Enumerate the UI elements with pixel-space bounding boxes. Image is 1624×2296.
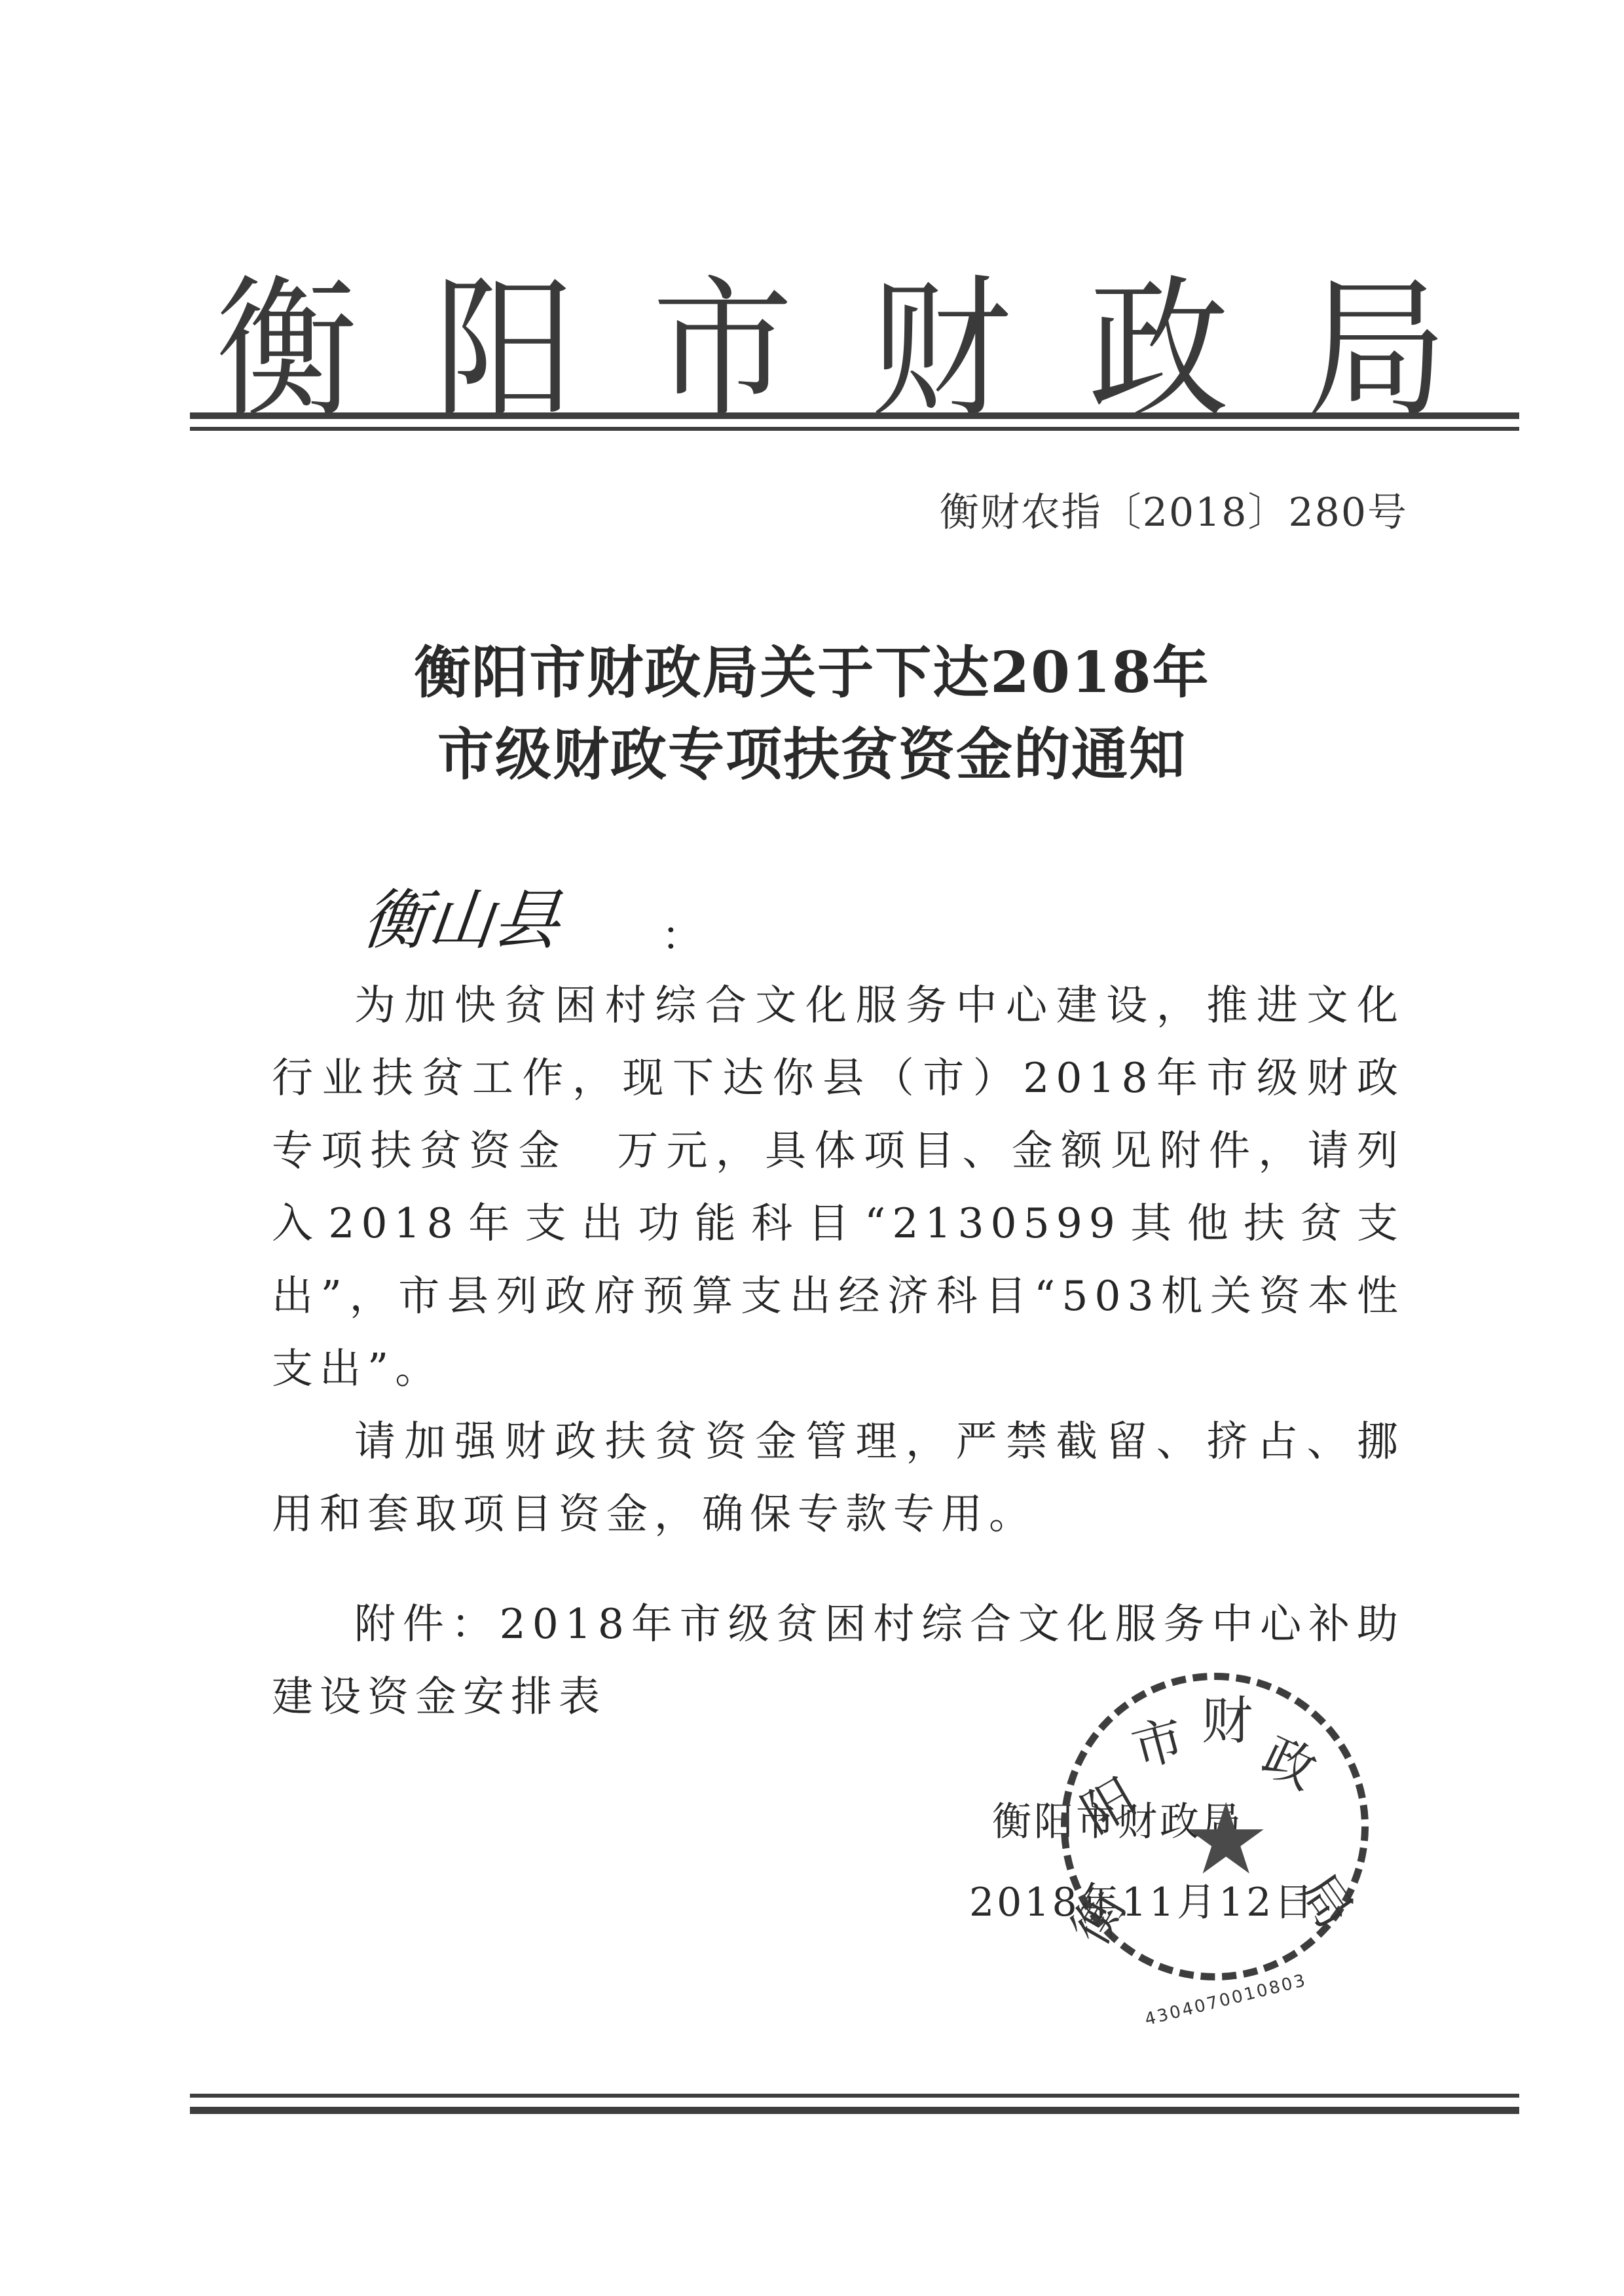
title-line-1: 衡阳市财政局关于下达2018年 — [0, 632, 1624, 714]
recipient-colon: ： — [661, 903, 702, 962]
body-text: 为加快贫困村综合文化服务中心建设，推进文化行业扶贫工作，现下达你县（市）2018… — [272, 969, 1405, 1550]
header-rule-thin — [190, 427, 1519, 431]
recipient-handwritten: 衡山县 — [358, 867, 564, 962]
body-paragraph-1: 为加快贫困村综合文化服务中心建设，推进文化行业扶贫工作，现下达你县（市）2018… — [272, 969, 1405, 1405]
document-number: 衡财农指〔2018〕280号 — [940, 481, 1408, 538]
title-line-2: 市级财政专项扶贫资金的通知 — [0, 714, 1624, 795]
seal-star-icon: ★ — [1182, 1791, 1270, 1889]
document-title: 衡阳市财政局关于下达2018年 市级财政专项扶贫资金的通知 — [0, 632, 1624, 795]
masthead-title: 衡 阳 市 财 政 局 — [216, 252, 1447, 422]
header-rule-thick — [190, 412, 1519, 419]
body-paragraph-2: 请加强财政扶贫资金管理，严禁截留、挤占、挪用和套取项目资金，确保专款专用。 — [272, 1405, 1405, 1550]
footer-rule-thin — [190, 2094, 1519, 2098]
seal-char: 财 — [1202, 1696, 1253, 1747]
footer-rule-thick — [190, 2107, 1519, 2114]
